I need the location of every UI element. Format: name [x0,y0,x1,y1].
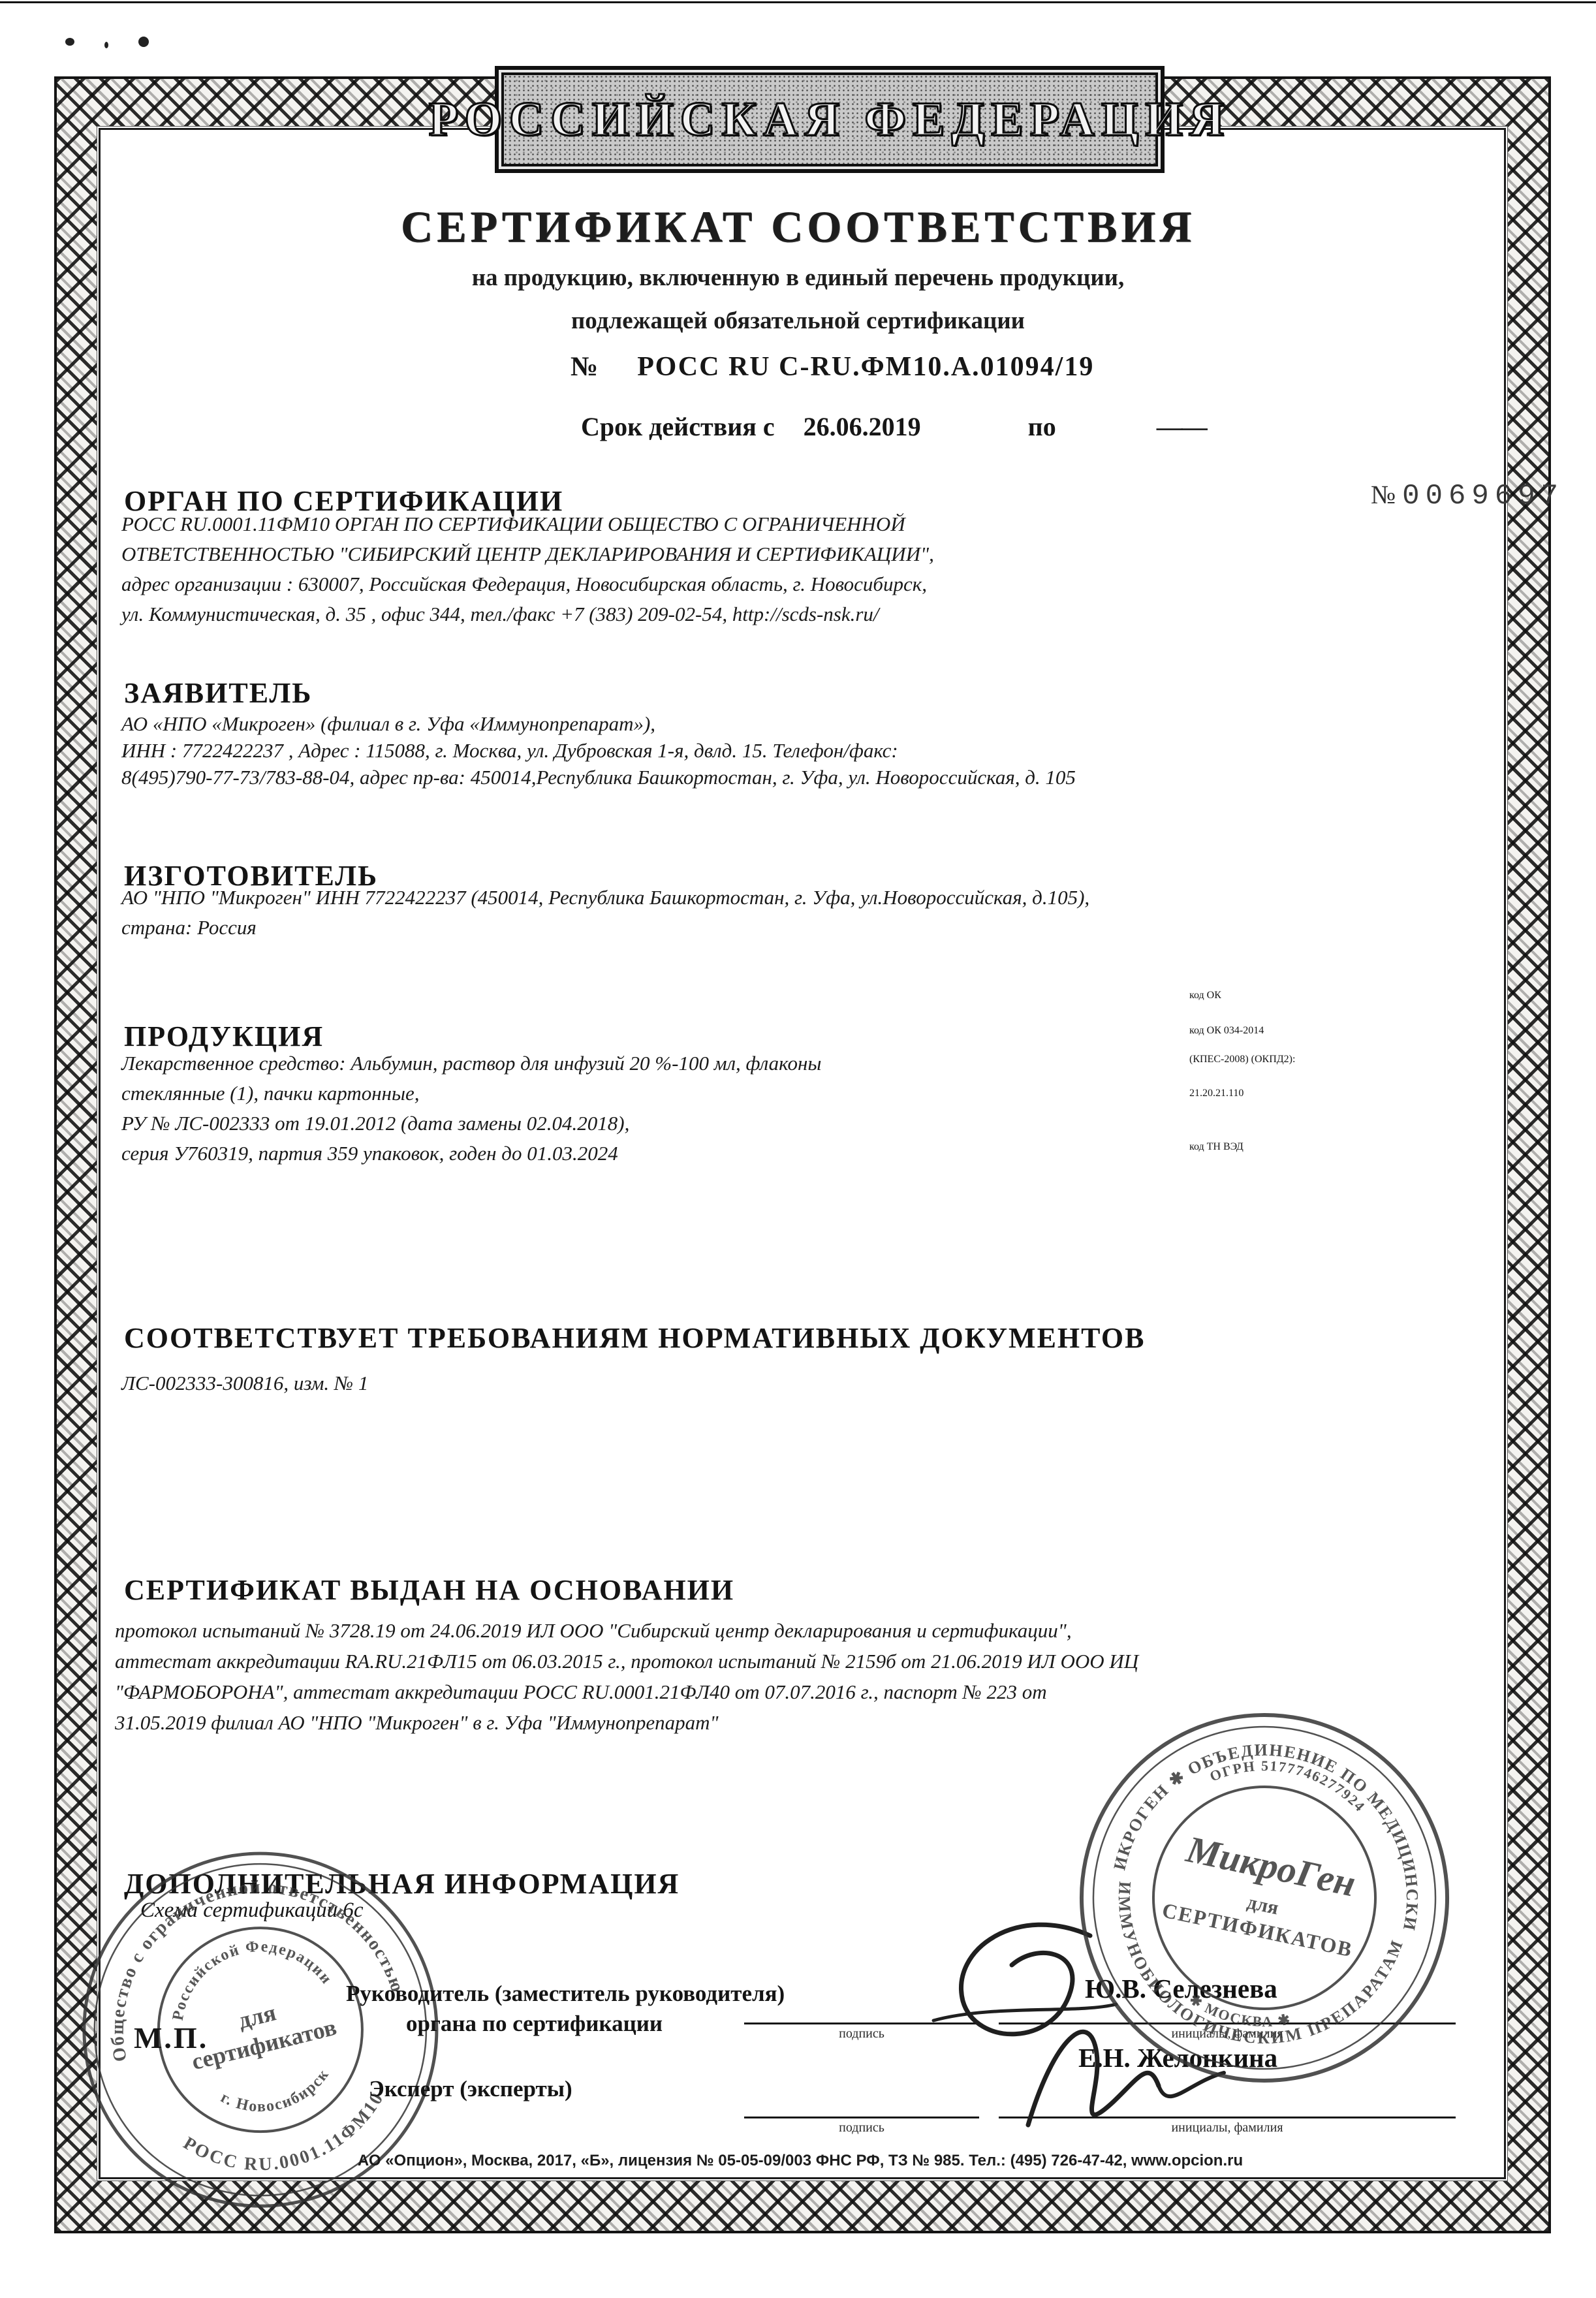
right-stamp-center-line1: для [1245,1891,1281,1919]
form-serial-number-label: № [1371,480,1396,509]
applicant-line: ИНН : 7722422237 , Адрес : 115088, г. Мо… [121,737,1076,764]
svg-text:г. Новосибирск: г. Новосибирск [215,2063,338,2127]
manufacturer-line: АО "НПО "Микроген" ИНН 7722422237 (45001… [121,883,1089,913]
certification-body-line: ОТВЕТСТВЕННОСТЬЮ "СИБИРСКИЙ ЦЕНТР ДЕКЛАР… [121,539,934,569]
applicant-details: АО «НПО «Микроген» (филиал в г. Уфа «Имм… [121,710,1076,791]
product-line: стеклянные (1), пачки картонные, [121,1078,821,1109]
certificate-number-value: РОСС RU C-RU.ФМ10.А.01094/19 [637,352,1094,382]
microgen-stamp: МИКРОГЕН ✱ ОБЪЕДИНЕНИЕ ПО МЕДИЦИНСКИМ ИМ… [1036,1669,1493,2126]
head-role-line2: органа по сертификации [406,2011,663,2037]
expert-signature-caption: подпись [744,2120,979,2135]
validity-to-label: по [1028,412,1056,441]
section-title-applicant: ЗАЯВИТЕЛЬ [124,676,312,710]
validity-to-value: —— [1157,412,1206,441]
right-stamp-logo: МикроГен [1182,1827,1359,1904]
validity-from-date: 26.06.2019 [804,412,921,441]
scan-edge-line [0,1,1596,3]
section-title-basis: СЕРТИФИКАТ ВЫДАН НА ОСНОВАНИИ [124,1573,734,1607]
product-details: Лекарственное средство: Альбумин, раство… [121,1048,821,1169]
scan-speck [65,38,74,46]
applicant-line: 8(495)790-77-73/783-88-04, адрес пр-ва: … [121,764,1076,791]
federation-banner-text: РОССИЙСКАЯ ФЕДЕРАЦИЯ [429,92,1231,148]
print-shop-footer: АО «Опцион», Москва, 2017, «Б», лицензия… [99,2152,1502,2170]
left-stamp-arc-inner-bottom: г. Новосибирск [215,2063,338,2127]
scan-speck [104,42,108,48]
certification-body-line: ул. Коммунистическая, д. 35 , офис 344, … [121,599,934,629]
certification-body-details: РОСС RU.0001.11ФМ10 ОРГАН ПО СЕРТИФИКАЦИ… [121,509,934,629]
tnved-code-label: код ТН ВЭД [1189,1141,1244,1153]
applicant-line: АО «НПО «Микроген» (филиал в г. Уфа «Имм… [121,710,1076,737]
product-line: Лекарственное средство: Альбумин, раство… [121,1048,821,1078]
okpd-code-label-2: (КПЕС-2008) (ОКПД2): [1189,1054,1295,1065]
basis-line: протокол испытаний № 3728.19 от 24.06.20… [115,1615,1138,1646]
product-line: РУ № ЛС-002333 от 19.01.2012 (дата замен… [121,1109,821,1139]
head-role-line1: Руководитель (заместитель руководителя) [346,1981,785,2007]
basis-details: протокол испытаний № 3728.19 от 24.06.20… [115,1615,1138,1738]
section-title-conformity: СООТВЕТСТВУЕТ ТРЕБОВАНИЯМ НОРМАТИВНЫХ ДО… [124,1321,1146,1355]
manufacturer-line: страна: Россия [121,913,1089,943]
federation-banner: РОССИЙСКАЯ ФЕДЕРАЦИЯ [495,66,1165,173]
okpd-code-label-1: код ОК 034-2014 [1189,1025,1264,1037]
document-subtitle-1: на продукцию, включенную в единый перече… [0,264,1596,292]
basis-line: "ФАРМОБОРОНА", аттестат аккредитации РОС… [115,1676,1138,1707]
scan-speck [138,37,149,47]
certificate-number-row: №РОСС RU C-RU.ФМ10.А.01094/19 [571,351,1094,383]
expert-signature-line [744,2117,979,2118]
validity-row: Срок действия с26.06.2019по—— [581,411,1235,442]
basis-line: 31.05.2019 филиал АО "НПО "Микроген" в г… [115,1707,1138,1738]
conformity-document: ЛС-002333-300816, изм. № 1 [121,1368,368,1398]
ok-code-label: код ОК [1189,990,1221,1001]
validity-label: Срок действия с [581,412,775,441]
basis-line: аттестат аккредитации RA.RU.21ФЛ15 от 06… [115,1646,1138,1676]
certificate-page: РОССИЙСКАЯ ФЕДЕРАЦИЯ СЕРТИФИКАТ СООТВЕТС… [0,0,1596,2298]
okpd-code-value: 21.20.21.110 [1189,1088,1244,1099]
document-subtitle-2: подлежащей обязательной сертификации [0,307,1596,335]
stamp-place-label: М.П. [134,2021,208,2055]
expert-role: Эксперт (эксперты) [369,2076,572,2102]
certificate-number-label: № [571,352,598,382]
document-title: СЕРТИФИКАТ СООТВЕТСТВИЯ [0,201,1596,253]
form-serial-number: № 0069697 [1371,479,1564,512]
manufacturer-details: АО "НПО "Микроген" ИНН 7722422237 (45001… [121,883,1089,943]
certification-body-line: РОСС RU.0001.11ФМ10 ОРГАН ПО СЕРТИФИКАЦИ… [121,509,934,539]
form-serial-number-digits: 0069697 [1402,480,1564,512]
product-line: серия У760319, партия 359 упаковок, годе… [121,1139,821,1169]
certification-body-line: адрес организации : 630007, Российская Ф… [121,569,934,599]
